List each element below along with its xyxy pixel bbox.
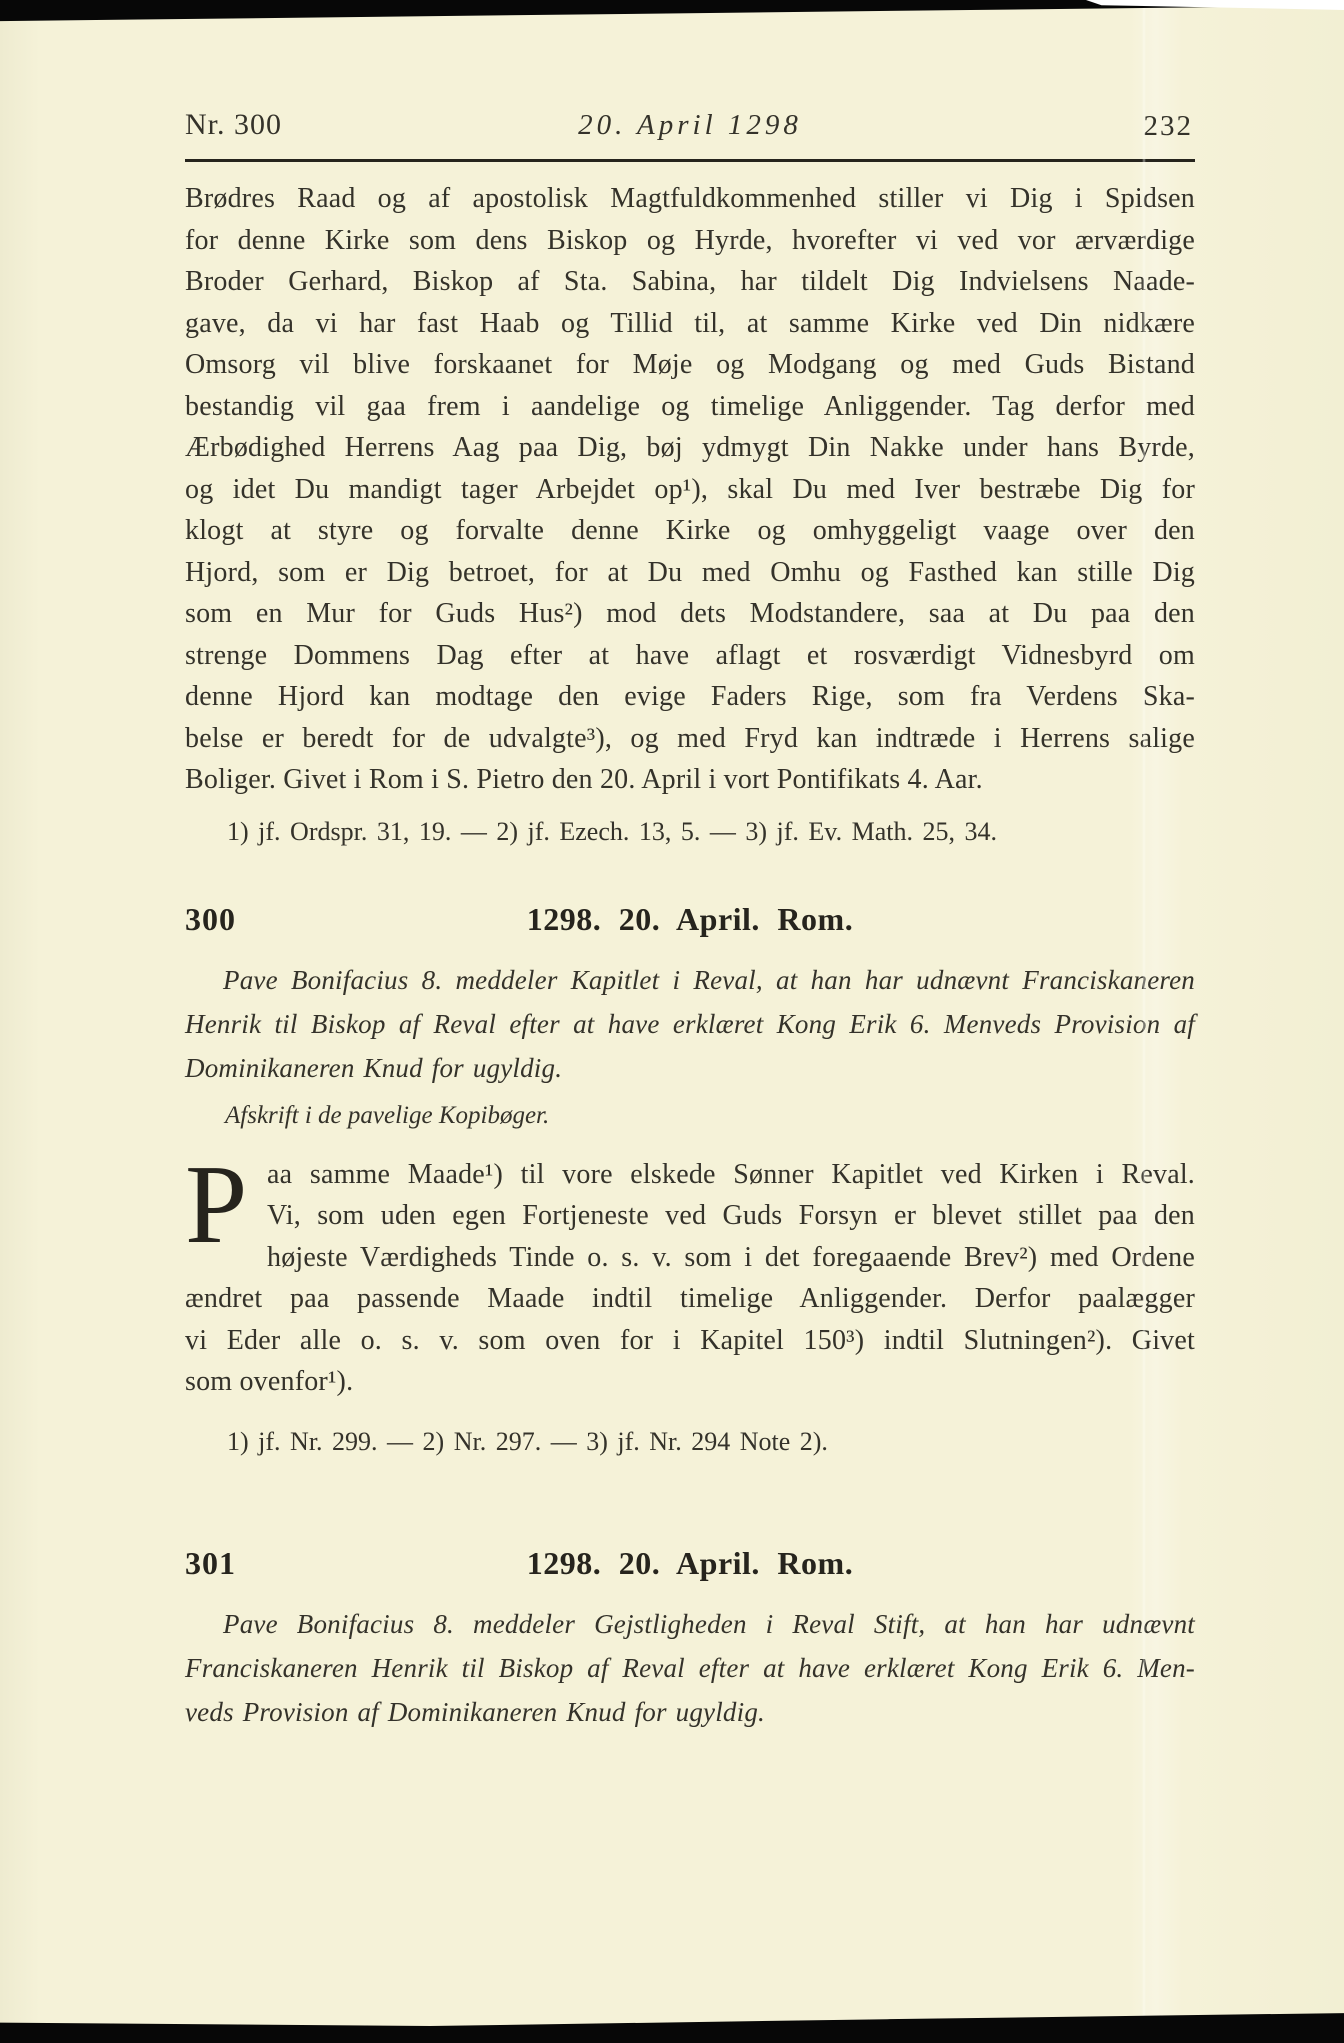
page-number: 232 <box>1144 110 1194 143</box>
text-line: ændret paa passende Maade indtil timelig… <box>185 1278 1195 1320</box>
text-line: Vi, som uden egen Fortjeneste ved Guds F… <box>185 1195 1195 1237</box>
entry-301-summary: Pave Bonifacius 8. meddeler Gejstlighede… <box>185 1602 1195 1734</box>
text-line: Hjord, som er Dig betroet, for at Du med… <box>185 552 1195 594</box>
header-rule <box>185 159 1195 162</box>
text-line: strenge Dommens Dag efter at have aflagt… <box>185 635 1195 677</box>
text-line: som ovenfor¹). <box>185 1361 1195 1403</box>
drop-cap-initial: P <box>185 1157 255 1239</box>
text-line: for denne Kirke som dens Biskop og Hyrde… <box>185 220 1195 262</box>
text-line: som en Mur for Guds Hus²) mod dets Modst… <box>185 593 1195 635</box>
text-line: gave, da vi har fast Haab og Tillid til,… <box>185 303 1195 345</box>
entry-300-dateline: 1298. 20. April. Rom. <box>185 901 1195 938</box>
entry-300-body: P aa samme Maade¹) til vore elskede Sønn… <box>185 1154 1195 1403</box>
text-line: Pave Bonifacius 8. meddeler Kapitlet i R… <box>185 958 1195 1002</box>
text-line: veds Provision af Dominikaneren Knud for… <box>185 1690 1195 1734</box>
running-head: Nr. 300 20. April 1298 232 <box>185 108 1195 146</box>
text-line: Dominikaneren Knud for ugyldig. <box>185 1046 1195 1090</box>
scanned-book-page: Nr. 300 20. April 1298 232 Brødres Raad … <box>0 0 1344 2043</box>
entry-300-source-note: Afskrift i de pavelige Kopibøger. <box>185 1100 1195 1132</box>
entry-300-number: 300 <box>185 901 236 938</box>
running-head-number: Nr. 300 <box>185 108 282 142</box>
text-line: klogt at styre og forvalte denne Kirke o… <box>185 510 1195 552</box>
text-line: Franciskaneren Henrik til Biskop af Reva… <box>185 1646 1195 1690</box>
text-block: Nr. 300 20. April 1298 232 Brødres Raad … <box>185 0 1195 1734</box>
text-line: Omsorg vil blive forskaanet for Møje og … <box>185 344 1195 386</box>
running-head-date: 20. April 1298 <box>185 108 1195 142</box>
text-line: Ærbødighed Herrens Aag paa Dig, bøj ydmy… <box>185 427 1195 469</box>
continued-letter-paragraph: Brødres Raad og af apostolisk Magtfuldko… <box>185 178 1195 801</box>
text-line: aa samme Maade¹) til vore elskede Sønner… <box>185 1154 1195 1196</box>
text-line: Pave Bonifacius 8. meddeler Gejstlighede… <box>185 1602 1195 1646</box>
text-line: og idet Du mandigt tager Arbejdet op¹), … <box>185 469 1195 511</box>
text-line: Boliger. Givet i Rom i S. Pietro den 20.… <box>185 759 1195 801</box>
footnote-line-299: 1) jf. Ordspr. 31, 19. — 2) jf. Ezech. 1… <box>185 815 1195 849</box>
entry-301-dateline: 1298. 20. April. Rom. <box>185 1545 1195 1582</box>
text-line: højeste Værdigheds Tinde o. s. v. som i … <box>185 1237 1195 1279</box>
text-line: bestandig vil gaa frem i aandelige og ti… <box>185 386 1195 428</box>
entry-300-summary: Pave Bonifacius 8. meddeler Kapitlet i R… <box>185 958 1195 1090</box>
entry-301-number: 301 <box>185 1545 236 1582</box>
entry-300-heading: 300 1298. 20. April. Rom. <box>185 901 1195 943</box>
text-line: denne Hjord kan modtage den evige Faders… <box>185 676 1195 718</box>
entry-300-body-lines: aa samme Maade¹) til vore elskede Sønner… <box>185 1154 1195 1403</box>
scan-edge-bottom <box>0 2009 1344 2043</box>
entry-301-heading: 301 1298. 20. April. Rom. <box>185 1545 1195 1587</box>
text-line: Henrik til Biskop af Reval efter at have… <box>185 1002 1195 1046</box>
text-line: vi Eder alle o. s. v. som oven for i Kap… <box>185 1320 1195 1362</box>
text-line: Broder Gerhard, Biskop af Sta. Sabina, h… <box>185 261 1195 303</box>
text-line: Brødres Raad og af apostolisk Magtfuldko… <box>185 178 1195 220</box>
footnote-line-300: 1) jf. Nr. 299. — 2) Nr. 297. — 3) jf. N… <box>185 1425 1195 1459</box>
text-line: belse er beredt for de udvalgte³), og me… <box>185 718 1195 760</box>
